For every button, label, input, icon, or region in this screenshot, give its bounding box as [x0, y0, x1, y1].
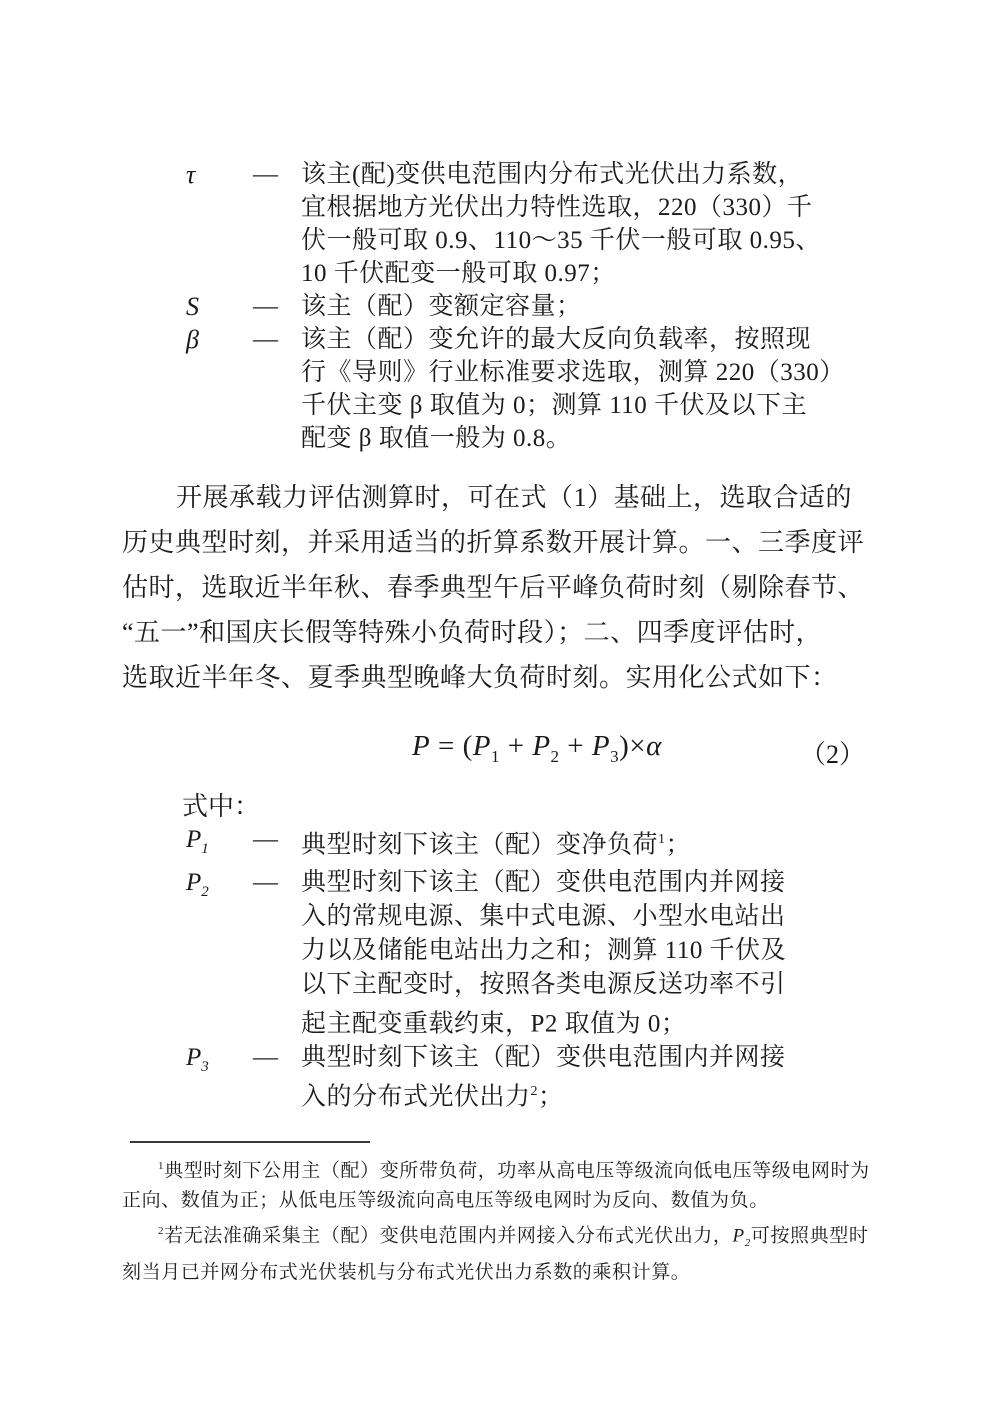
dash-separator: —	[253, 823, 301, 857]
definition-row-s: S — 该主（配）变额定容量；	[186, 290, 992, 323]
symbol-p1-subscript: 1	[201, 841, 209, 857]
symbol-p3-letter: P	[186, 1044, 201, 1071]
footnote-2-text-before: 若无法准确采集主（配）变供电范围内并网接入分布式光伏出力，	[164, 1225, 732, 1246]
symbol-definition-list: τ — 该主(配)变供电范围内分布式光伏出力系数， 宜根据地方光伏出力特性选取，…	[186, 158, 992, 455]
symbol-p2-subscript: 2	[201, 884, 209, 900]
formula-sub-3: 3	[610, 747, 619, 766]
where-label: 式中：	[182, 790, 992, 823]
dash-separator: —	[253, 1041, 301, 1075]
dash-separator: —	[253, 290, 301, 323]
footnotes-section: 1典型时刻下公用主（配）变所带负荷，功率从高电压等级流向低电压等级电网时为 正向…	[122, 1151, 880, 1288]
definition-text-tau: 该主(配)变供电范围内分布式光伏出力系数， 宜根据地方光伏出力特性选取，220（…	[301, 158, 876, 290]
p1-text: 典型时刻下该主（配）变净负荷	[301, 831, 658, 858]
definition-text-beta: 该主（配）变允许的最大反向负载率，按照现 行《导则》行业标准要求选取，测算 22…	[301, 323, 876, 455]
definition-text-p3: 典型时刻下该主（配）变供电范围内并网接 入的分布式光伏出力2；	[301, 1041, 876, 1114]
formula-var-p: P	[412, 730, 430, 762]
p1-footnote-ref: 1	[658, 832, 666, 847]
formula-sub-2: 2	[551, 747, 560, 766]
definition-row-beta: β — 该主（配）变允许的最大反向负载率，按照现 行《导则》行业标准要求选取，测…	[186, 323, 992, 455]
equation-2-row: P = (P1 + P2 + P3)×α （2）	[0, 722, 992, 780]
symbol-p3: P3	[186, 1041, 253, 1084]
symbol-p1-letter: P	[186, 826, 201, 853]
formula-equals-open-paren: = (	[430, 730, 473, 762]
formula-close-paren-times: )×	[619, 730, 646, 762]
symbol-tau: τ	[186, 158, 253, 191]
formula-var-p2: P	[532, 730, 550, 762]
definition-row-p2: P2 — 典型时刻下该主（配）变供电范围内并网接 入的常规电源、集中式电源、小型…	[186, 866, 992, 1041]
footnote-2-var-p: P	[733, 1225, 745, 1246]
dash-separator: —	[253, 866, 301, 900]
formula-var-p3: P	[592, 730, 610, 762]
formula-sub-1: 1	[491, 747, 500, 766]
symbol-s: S	[186, 290, 253, 323]
dash-separator: —	[253, 158, 301, 191]
symbol-p2-letter: P	[186, 869, 201, 896]
symbol-p2: P2	[186, 866, 253, 909]
symbol-p1: P1	[186, 823, 253, 866]
formula-plus: +	[560, 730, 592, 762]
definition-text-p1: 典型时刻下该主（配）变净负荷1；	[301, 823, 876, 862]
formula-plus: +	[500, 730, 532, 762]
footnote-separator-rule	[130, 1141, 370, 1143]
definition-text-p2: 典型时刻下该主（配）变供电范围内并网接 入的常规电源、集中式电源、小型水电站出 …	[301, 866, 876, 1041]
definition-row-tau: τ — 该主(配)变供电范围内分布式光伏出力系数， 宜根据地方光伏出力特性选取，…	[186, 158, 992, 290]
p2-text: 典型时刻下该主（配）变供电范围内并网接 入的常规电源、集中式电源、小型水电站出 …	[301, 869, 786, 1037]
symbol-p3-subscript: 3	[201, 1059, 209, 1075]
definition-text-s: 该主（配）变额定容量；	[301, 290, 876, 323]
footnote-1-text: 典型时刻下公用主（配）变所带负荷，功率从高电压等级流向低电压等级电网时为 正向、…	[122, 1160, 870, 1211]
formula-var-alpha: α	[646, 730, 662, 762]
footnote-1: 1典型时刻下公用主（配）变所带负荷，功率从高电压等级流向低电压等级电网时为 正向…	[122, 1151, 880, 1216]
definition-row-p3: P3 — 典型时刻下该主（配）变供电范围内并网接 入的分布式光伏出力2；	[186, 1041, 992, 1114]
equation-number: （2）	[800, 734, 865, 771]
p1-text-tail: ；	[666, 831, 692, 858]
definition-row-p1: P1 — 典型时刻下该主（配）变净负荷1；	[186, 823, 992, 866]
equation-2: P = (P1 + P2 + P3)×α	[412, 730, 662, 767]
equation-symbol-list: P1 — 典型时刻下该主（配）变净负荷1； P2 — 典型时刻下该主（配）变供电…	[186, 823, 992, 1115]
footnote-2: 2若无法准确采集主（配）变供电范围内并网接入分布式光伏出力，P2可按照典型时 刻…	[122, 1216, 880, 1288]
formula-var-p1: P	[473, 730, 491, 762]
p3-footnote-ref: 2	[531, 1084, 539, 1099]
p3-text-tail: ；	[538, 1084, 564, 1111]
symbol-beta: β	[186, 323, 253, 356]
dash-separator: —	[253, 323, 301, 356]
body-paragraph: 开展承载力评估测算时，可在式（1）基础上，选取合适的 历史典型时刻，并采用适当的…	[122, 475, 870, 700]
